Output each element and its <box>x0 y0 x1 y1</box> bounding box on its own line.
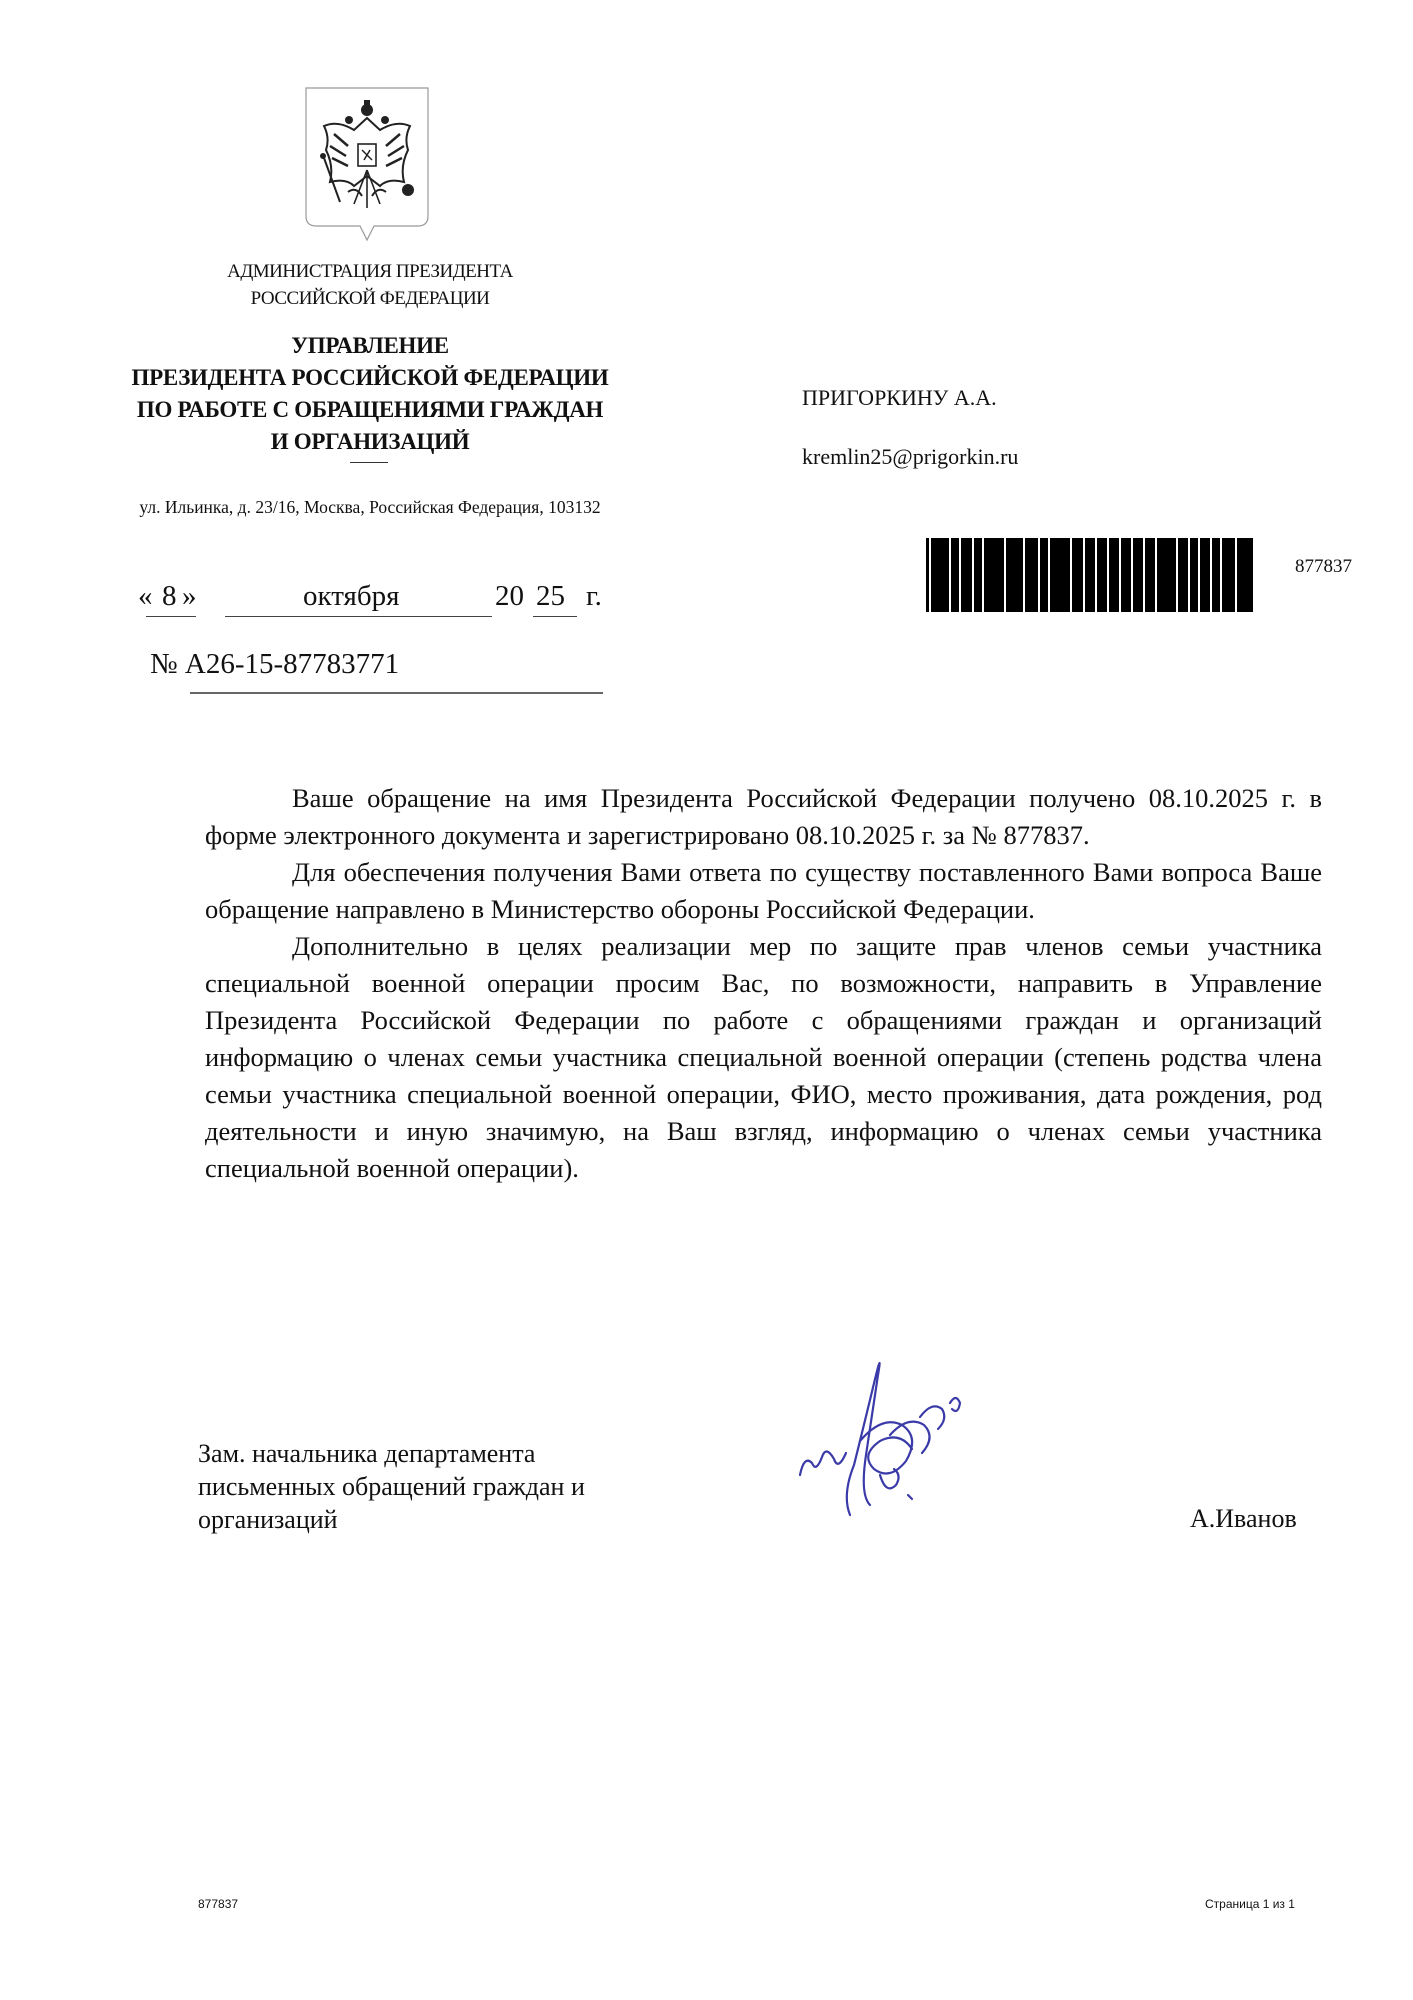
signatory-title: Зам. начальника департамента письменных … <box>198 1437 585 1536</box>
administration-title: АДМИНИСТРАЦИЯ ПРЕЗИДЕНТА РОССИЙСКОЙ ФЕДЕ… <box>110 258 630 312</box>
handwritten-signature-icon <box>790 1345 990 1535</box>
number-sign: № <box>150 648 178 680</box>
dept-line: ПО РАБОТЕ С ОБРАЩЕНИЯМИ ГРАЖДАН <box>110 394 630 426</box>
recipient-email: kremlin25@prigorkin.ru <box>802 444 1018 470</box>
day-underline <box>146 616 196 617</box>
dept-line: И ОРГАНИЗАЦИЙ <box>110 426 630 458</box>
dept-line: УПРАВЛЕНИЕ <box>110 330 630 362</box>
signatory-title-line: письменных обращений граждан и <box>198 1470 585 1503</box>
dept-line: ПРЕЗИДЕНТА РОССИЙСКОЙ ФЕДЕРАЦИИ <box>110 362 630 394</box>
reference-underline <box>190 692 603 694</box>
recipient-name: ПРИГОРКИНУ А.А. <box>802 385 997 411</box>
footer-page-label: Страница 1 из 1 <box>1205 1897 1295 1911</box>
body-paragraph: Для обеспечения получения Вами ответа по… <box>205 854 1322 928</box>
date-close-quote: » <box>182 580 197 613</box>
sender-address: ул. Ильинка, д. 23/16, Москва, Российска… <box>110 497 630 518</box>
letterhead-divider <box>350 462 388 463</box>
footer-doc-number: 877837 <box>198 1897 238 1911</box>
document-date: « 8 » октября 20 25 г. <box>138 580 618 620</box>
date-month: октября <box>303 580 399 613</box>
date-century: 20 <box>495 580 524 613</box>
year-underline <box>533 616 577 617</box>
reference-value: А26-15-87783771 <box>185 648 399 680</box>
coat-of-arms-icon <box>304 86 430 236</box>
admin-line: РОССИЙСКОЙ ФЕДЕРАЦИИ <box>110 285 630 312</box>
signatory-title-line: организаций <box>198 1503 585 1536</box>
date-year: 25 <box>536 580 565 613</box>
body-paragraph: Ваше обращение на имя Президента Российс… <box>205 780 1322 854</box>
signatory-title-line: Зам. начальника департамента <box>198 1437 585 1470</box>
body-paragraph: Дополнительно в целях реализации мер по … <box>205 928 1322 1187</box>
signatory-name: А.Иванов <box>1190 1504 1297 1534</box>
barcode <box>926 538 1270 612</box>
date-day: 8 <box>162 580 177 613</box>
barcode-number: 877837 <box>1295 556 1352 578</box>
date-suffix: г. <box>586 580 602 613</box>
reference-number: № А26-15-87783771 <box>150 648 399 681</box>
letter-body: Ваше обращение на имя Президента Российс… <box>205 780 1322 1187</box>
department-title: УПРАВЛЕНИЕ ПРЕЗИДЕНТА РОССИЙСКОЙ ФЕДЕРАЦ… <box>110 330 630 458</box>
admin-line: АДМИНИСТРАЦИЯ ПРЕЗИДЕНТА <box>110 258 630 285</box>
date-open-quote: « <box>138 580 153 613</box>
month-underline <box>225 616 492 617</box>
